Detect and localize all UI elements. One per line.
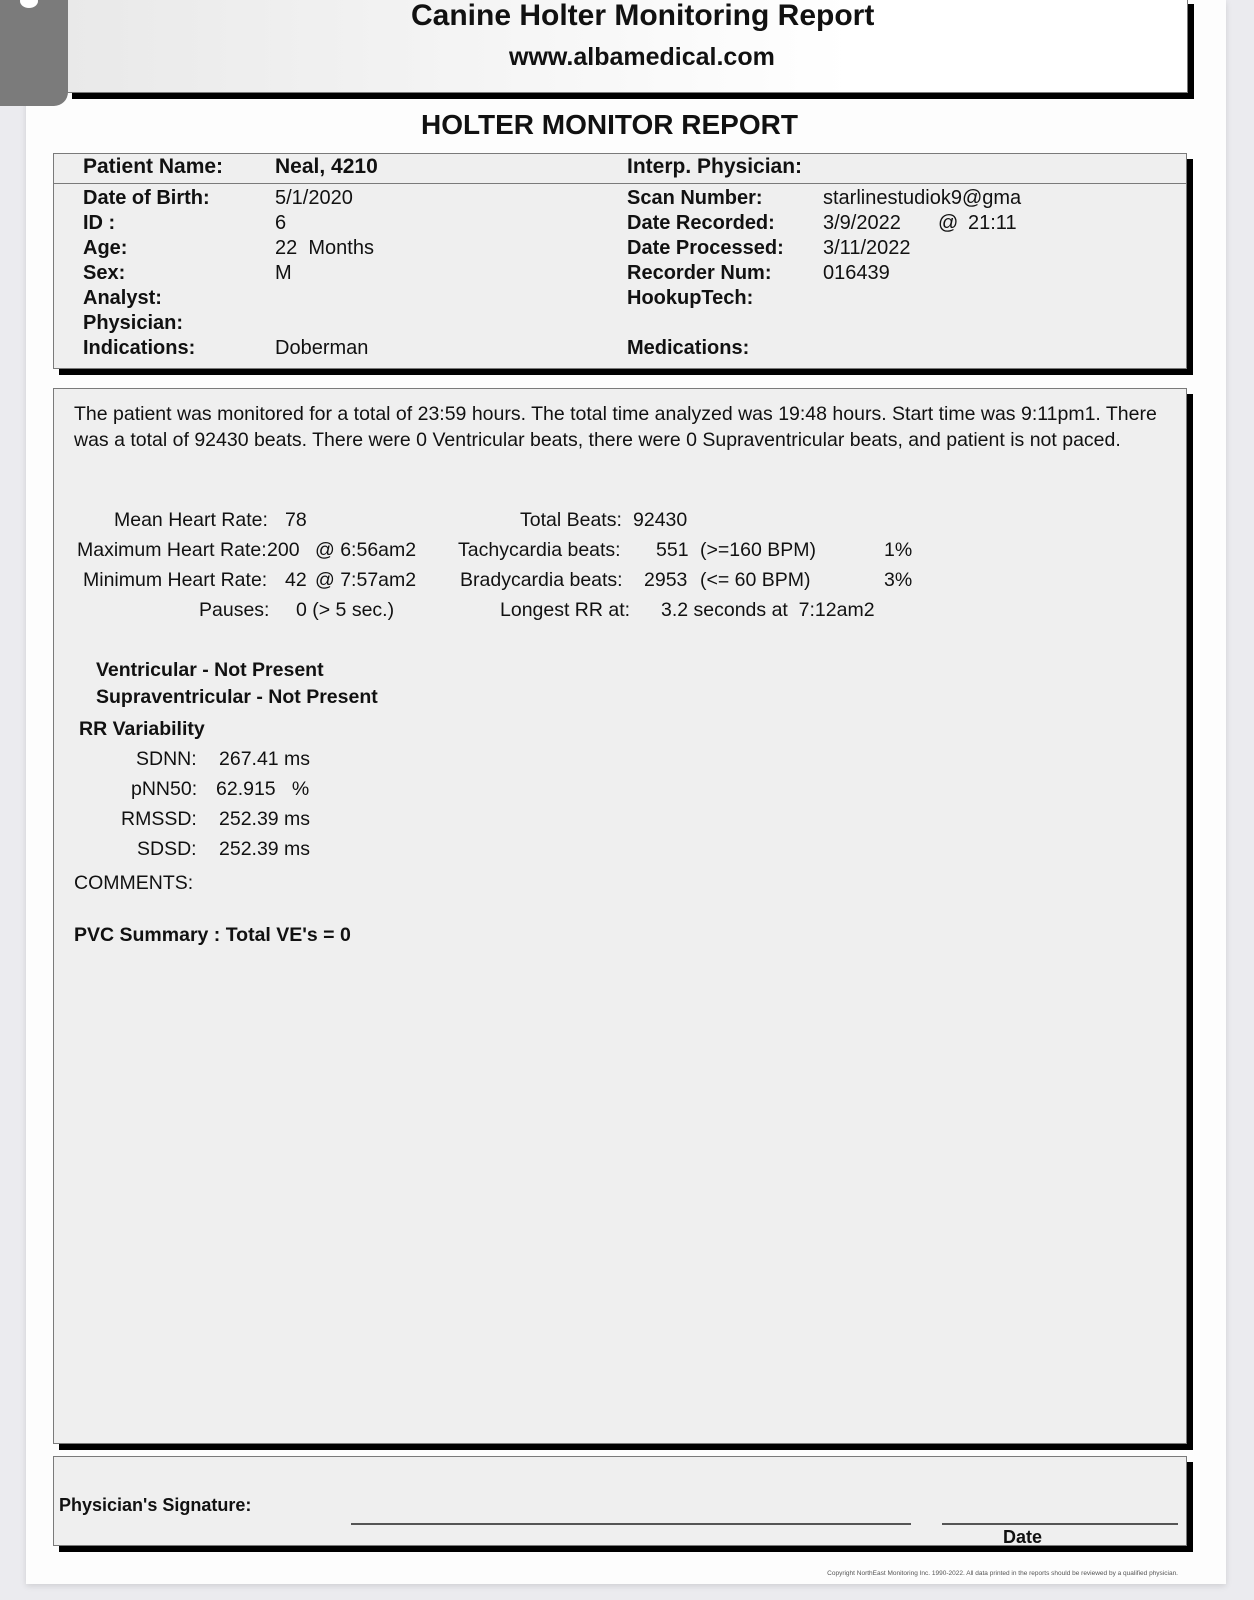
bradycardia-label: Bradycardia beats: <box>460 569 623 592</box>
date-line[interactable] <box>942 1523 1178 1525</box>
min-hr-value: 42 <box>285 569 307 592</box>
date-processed-value: 3/11/2022 <box>823 237 911 260</box>
date-recorded-value: 3/9/2022 <box>823 212 901 235</box>
report-header: Canine Holter Monitoring Report www.alba… <box>66 0 1188 93</box>
comments-label: COMMENTS: <box>74 872 193 895</box>
overlay-dot <box>20 0 38 8</box>
min-hr-time: @ 7:57am2 <box>315 569 416 592</box>
patient-info-panel: Patient Name: Neal, 4210 Interp. Physici… <box>53 153 1187 369</box>
recorder-num-value: 016439 <box>823 262 890 285</box>
signature-line[interactable] <box>351 1523 911 1525</box>
supraventricular-finding: Supraventricular - Not Present <box>96 686 378 709</box>
indications-label: Indications: <box>83 337 195 360</box>
report-header-title: Canine Holter Monitoring Report <box>411 0 874 33</box>
corner-overlay <box>0 0 68 106</box>
patient-name-value: Neal, 4210 <box>275 155 378 179</box>
hookup-tech-label: HookupTech: <box>627 287 753 310</box>
pvc-summary: PVC Summary : Total VE's = 0 <box>74 924 351 947</box>
sex-value: M <box>275 262 292 285</box>
id-label: ID : <box>83 212 115 235</box>
dob-value: 5/1/2020 <box>275 187 353 210</box>
dob-label: Date of Birth: <box>83 187 210 210</box>
mean-hr-label: Mean Heart Rate: <box>114 509 268 532</box>
sdsd-value: 252.39 ms <box>219 838 310 861</box>
indications-value: Doberman <box>275 337 368 360</box>
max-hr-label: Maximum Heart Rate: <box>77 539 267 562</box>
summary-paragraph: The patient was monitored for a total of… <box>74 401 1174 453</box>
date-processed-label: Date Processed: <box>627 237 784 260</box>
max-hr-time: @ 6:56am2 <box>315 539 416 562</box>
sex-label: Sex: <box>83 262 125 285</box>
pnn50-value: 62.915 % <box>216 778 309 801</box>
total-beats-label: Total Beats: <box>520 509 622 532</box>
tachycardia-percent: 1% <box>884 539 912 562</box>
summary-panel: The patient was monitored for a total of… <box>53 388 1187 1444</box>
rmssd-value: 252.39 ms <box>219 808 310 831</box>
date-recorded-label: Date Recorded: <box>627 212 775 235</box>
mean-hr-value: 78 <box>285 509 307 532</box>
bradycardia-criteria: (<= 60 BPM) <box>700 569 811 592</box>
pnn50-label: pNN50: <box>131 778 197 801</box>
sdnn-label: SDNN: <box>136 748 197 771</box>
sdnn-value: 267.41 ms <box>219 748 310 771</box>
analyst-label: Analyst: <box>83 287 162 310</box>
scan-number-label: Scan Number: <box>627 187 763 210</box>
rmssd-label: RMSSD: <box>121 808 197 831</box>
pauses-value: 0 (> 5 sec.) <box>296 599 394 622</box>
ventricular-finding: Ventricular - Not Present <box>96 659 324 682</box>
medications-label: Medications: <box>627 337 749 360</box>
id-value: 6 <box>275 212 286 235</box>
total-beats-value: 92430 <box>633 509 687 532</box>
time-recorded-value: 21:11 <box>968 212 1017 235</box>
copyright-footer: Copyright NorthEast Monitoring Inc. 1990… <box>827 1570 1178 1577</box>
pauses-label: Pauses: <box>199 599 269 622</box>
longest-rr-value: 3.2 seconds at 7:12am2 <box>661 599 875 622</box>
date-label: Date <box>1003 1527 1042 1548</box>
patient-header-row <box>54 154 1186 184</box>
tachycardia-criteria: (>=160 BPM) <box>700 539 816 562</box>
page-title: HOLTER MONITOR REPORT <box>421 109 798 141</box>
rr-variability-title: RR Variability <box>79 718 205 741</box>
recorder-num-label: Recorder Num: <box>627 262 771 285</box>
patient-name-label: Patient Name: <box>83 155 223 179</box>
min-hr-label: Minimum Heart Rate: <box>83 569 267 592</box>
physician-label: Physician: <box>83 312 183 335</box>
bradycardia-percent: 3% <box>884 569 912 592</box>
sdsd-label: SDSD: <box>137 838 197 861</box>
scan-number-value: starlinestudiok9@gma <box>823 187 1021 210</box>
tachycardia-label: Tachycardia beats: <box>458 539 621 562</box>
website-link[interactable]: www.albamedical.com <box>509 43 775 72</box>
signature-panel: Physician's Signature: Date <box>53 1456 1187 1546</box>
tachycardia-value: 551 <box>656 539 689 562</box>
age-value: 22 Months <box>275 237 374 260</box>
age-label: Age: <box>83 237 127 260</box>
interp-physician-label: Interp. Physician: <box>627 155 802 179</box>
bradycardia-value: 2953 <box>644 569 687 592</box>
date-recorded-at: @ <box>938 212 958 235</box>
max-hr-value: 200 <box>267 539 300 562</box>
longest-rr-label: Longest RR at: <box>500 599 630 622</box>
physician-signature-label: Physician's Signature: <box>59 1495 251 1516</box>
